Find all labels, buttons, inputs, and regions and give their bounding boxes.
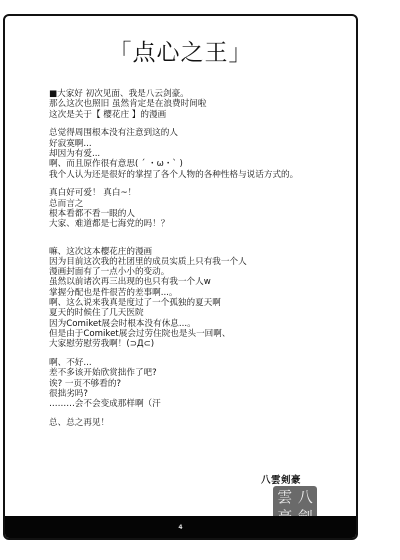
text-line: 啊、而且原作很有意思( ´ ・ω・` ) xyxy=(49,159,349,169)
footer-bar: 4 xyxy=(5,516,356,538)
paragraph-intro: ■大家好 初次见面、我是八云剑豪。 那么这次也照旧 虽然肯定是在浪费时间啦 这次… xyxy=(49,89,349,120)
text-line: 虽然以前诸次再三出现的也只有我一个人w xyxy=(49,277,349,287)
text-line: 但是由于Comiket展会过劳住院也是头一回啊、 xyxy=(49,329,349,339)
text-line: 总、总之再见！ xyxy=(49,418,349,428)
seal-char: 八 xyxy=(296,488,316,507)
text-line: 真白好可爱！ 真白~！ xyxy=(49,188,349,198)
text-line: 因为Comiket展会时根本没有休息...。 xyxy=(49,319,349,329)
paragraph-circle: 嘛、这次这本樱花庄的漫画 因为目前这次我的社团里的成员实质上只有我一个人 漫画封… xyxy=(49,247,349,350)
text-line: 总而言之 xyxy=(49,199,349,209)
text-line: 啊、不好... xyxy=(49,358,349,368)
text-line: ………会不会变成那样啊（汗 xyxy=(49,399,349,409)
text-line: 那么这次也照旧 虽然肯定是在浪费时间啦 xyxy=(49,99,349,109)
text-line: 大家慰劳慰劳我啊！(⊃Д⊂) xyxy=(49,339,349,349)
afterword-text: ■大家好 初次见面、我是八云剑豪。 那么这次也照旧 虽然肯定是在浪费时间啦 这次… xyxy=(49,89,349,437)
seal-char: 雲 xyxy=(275,488,295,507)
text-line: 好寂寞啊... xyxy=(49,139,349,149)
text-line: 却因为有爱... xyxy=(49,149,349,159)
text-line: 很拙劣吗? xyxy=(49,389,349,399)
paragraph-feelings: 总觉得周围根本没有注意到这的人 好寂寞啊... 却因为有爱... 啊、而且原作很… xyxy=(49,128,349,179)
text-line: 诶? 一页不够看的? xyxy=(49,379,349,389)
text-line: 总觉得周围根本没有注意到这的人 xyxy=(49,128,349,138)
paragraph-closing: 啊、不好... 差不多该开始欣赏拙作了吧? 诶? 一页不够看的? 很拙劣吗? …… xyxy=(49,358,349,409)
text-line: 我个人认为还是很好的掌捏了各个人物的各种性格与说话方式的。 xyxy=(49,170,349,180)
text-line: 因为目前这次我的社团里的成员实质上只有我一个人 xyxy=(49,257,349,267)
paragraph-mashiro: 真白好可爱！ 真白~！ 总而言之 根本看都不看一眼的人 大家、难道都是七海党的吗… xyxy=(49,188,349,229)
text-line: ■大家好 初次见面、我是八云剑豪。 xyxy=(49,89,349,99)
page-number: 4 xyxy=(178,524,182,531)
author-signature: 八雲剣豪 xyxy=(261,472,301,486)
page-frame: 「点心之王」 ■大家好 初次见面、我是八云剑豪。 那么这次也照旧 虽然肯定是在浪… xyxy=(3,14,358,540)
text-line: 漫画封面有了一点小小的变动。 xyxy=(49,267,349,277)
text-line: 夏天的时候住了几天医院 xyxy=(49,308,349,318)
text-line: 这次是关于【 樱花庄 】的漫画 xyxy=(49,110,349,120)
text-line: 大家、难道都是七海党的吗！？ xyxy=(49,219,349,229)
paragraph-farewell: 总、总之再见！ xyxy=(49,418,349,428)
page-title: 「点心之王」 xyxy=(5,34,356,67)
text-line: 啊、这么说来我真是度过了一个孤独的夏天啊 xyxy=(49,298,349,308)
text-line: 嘛、这次这本樱花庄的漫画 xyxy=(49,247,349,257)
text-line: 掌握分配也是件很苦的差事啊...。 xyxy=(49,288,349,298)
text-line: 差不多该开始欣赏拙作了吧? xyxy=(49,368,349,378)
text-line: 根本看都不看一眼的人 xyxy=(49,209,349,219)
